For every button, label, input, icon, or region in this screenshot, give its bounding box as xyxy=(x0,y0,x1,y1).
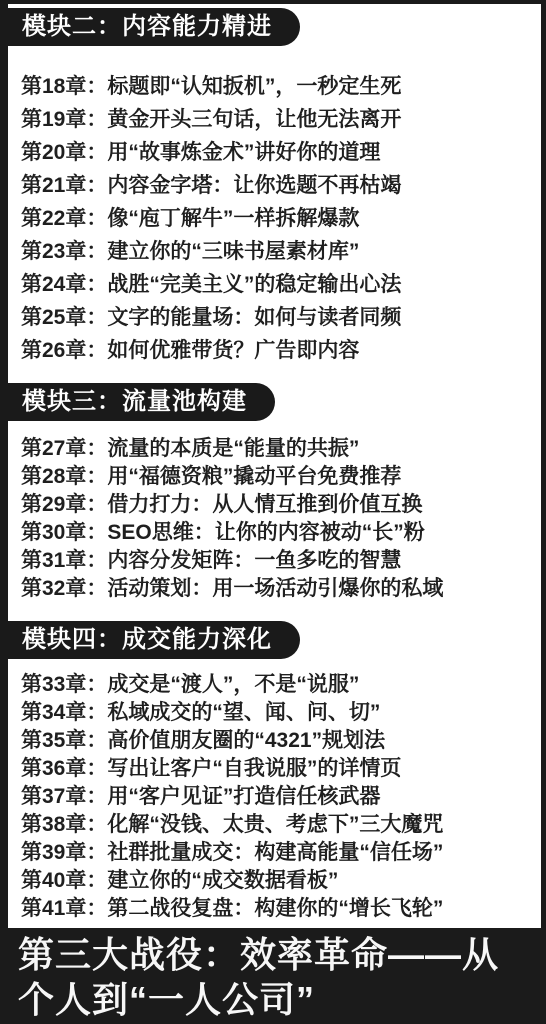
footer-line: 第三大战役：效率革命——从 xyxy=(18,932,546,977)
chapter-item: 第28章：用“福德资粮”撬动平台免费推荐 xyxy=(21,463,541,491)
chapter-list: 第27章：流量的本质是“能量的共振” 第28章：用“福德资粮”撬动平台免费推荐 … xyxy=(8,435,541,603)
module-badge-label: 模块三：流量池构建 xyxy=(22,388,247,415)
chapter-item: 第31章：内容分发矩阵：一鱼多吃的智慧 xyxy=(21,547,541,575)
chapter-item: 第36章：写出让客户“自我说服”的详情页 xyxy=(21,755,541,783)
chapter-item: 第40章：建立你的“成交数据看板” xyxy=(21,867,541,895)
chapter-list: 第18章：标题即“认知扳机”，一秒定生死 第19章：黄金开头三句话，让他无法离开… xyxy=(8,70,541,367)
chapter-list: 第33章：成交是“渡人”，不是“说服” 第34章：私域成交的“望、闻、问、切” … xyxy=(8,671,541,923)
chapter-item: 第39章：社群批量成交：构建高能量“信任场” xyxy=(21,839,541,867)
chapter-item: 第30章：SEO思维：让你的内容被动“长”粉 xyxy=(21,519,541,547)
module-badge: 模块二：内容能力精进 xyxy=(8,8,300,46)
chapter-item: 第41章：第二战役复盘：构建你的“增长飞轮” xyxy=(21,895,541,923)
chapter-item: 第34章：私域成交的“望、闻、问、切” xyxy=(21,699,541,727)
chapter-item: 第26章：如何优雅带货？广告即内容 xyxy=(21,334,541,367)
course-outline-page: 模块二：内容能力精进 第18章：标题即“认知扳机”，一秒定生死 第19章：黄金开… xyxy=(0,0,546,928)
chapter-item: 第19章：黄金开头三句话，让他无法离开 xyxy=(21,103,541,136)
chapter-item: 第32章：活动策划：用一场活动引爆你的私域 xyxy=(21,575,541,603)
chapter-item: 第24章：战胜“完美主义”的稳定输出心法 xyxy=(21,268,541,301)
module-badge-label: 模块二：内容能力精进 xyxy=(22,13,272,40)
chapter-item: 第22章：像“庖丁解牛”一样拆解爆款 xyxy=(21,202,541,235)
chapter-item: 第37章：用“客户见证”打造信任核武器 xyxy=(21,783,541,811)
chapter-item: 第38章：化解“没钱、太贵、考虑下”三大魔咒 xyxy=(21,811,541,839)
module-badge: 模块三：流量池构建 xyxy=(8,383,275,421)
module-badge-label: 模块四：成交能力深化 xyxy=(22,626,272,653)
module-badge: 模块四：成交能力深化 xyxy=(8,621,300,659)
chapter-item: 第20章：用“故事炼金术”讲好你的道理 xyxy=(21,136,541,169)
chapter-item: 第33章：成交是“渡人”，不是“说服” xyxy=(21,671,541,699)
chapter-item: 第35章：高价值朋友圈的“4321”规划法 xyxy=(21,727,541,755)
footer-banner: 第三大战役：效率革命——从 个人到“一人公司” xyxy=(0,928,546,1024)
footer-line: 个人到“一人公司” xyxy=(18,977,546,1022)
chapter-item: 第23章：建立你的“三味书屋素材库” xyxy=(21,235,541,268)
chapter-item: 第29章：借力打力：从人情互推到价值互换 xyxy=(21,491,541,519)
chapter-item: 第21章：内容金字塔：让你选题不再枯竭 xyxy=(21,169,541,202)
chapter-item: 第25章：文字的能量场：如何与读者同频 xyxy=(21,301,541,334)
chapter-item: 第27章：流量的本质是“能量的共振” xyxy=(21,435,541,463)
chapter-item: 第18章：标题即“认知扳机”，一秒定生死 xyxy=(21,70,541,103)
